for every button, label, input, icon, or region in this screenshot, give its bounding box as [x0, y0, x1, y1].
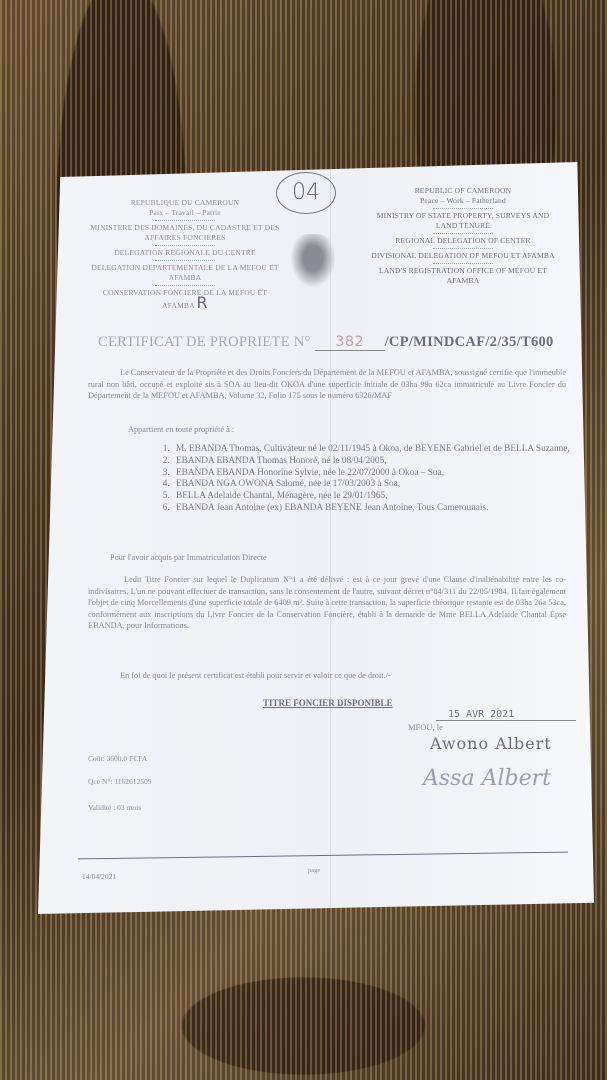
certificate-reference: /CP/MINDCAF/2/35/T600 — [385, 334, 554, 350]
owner-item: EBANDA EBANDA Honorine Sylvie, née le 22… — [172, 468, 572, 480]
regional-en: REGIONAL DELEGATION OF CENTER — [368, 236, 558, 246]
footer-date: 14/04/2021 — [82, 872, 116, 881]
belongs-to-label: Appartient en toute propriété à : — [128, 424, 606, 436]
handwritten-number: 04 — [276, 172, 336, 214]
office-en: LAND'S REGISTRATION OFFICE OF MEFOU ET A… — [368, 266, 558, 286]
coat-of-arms-icon — [290, 234, 336, 288]
owner-item: M. EBANDA Thomas, Cultivateur né le 02/1… — [172, 444, 572, 456]
header-french: REPUBLIQUE DU CAMEROUN Paix – Travail – … — [90, 198, 280, 311]
motto-en: Peace – Work – Fatherland — [368, 196, 558, 206]
receipt-field: Qce N°: 1162612509 — [88, 777, 152, 786]
owner-item: EBANDA Jean Antoine (ex) EBANDA BEYENE J… — [172, 503, 572, 515]
ministry-fr: MINISTERE DES DOMAINES, DU CADASTRE ET D… — [90, 223, 280, 243]
closing-paragraph: En foi de quoi le présent certificat est… — [120, 670, 598, 682]
handwritten-signature: Assa Albert — [423, 766, 551, 791]
title-status: TITRE FONCIER DISPONIBLE — [263, 698, 393, 708]
certificate-document: 04 REPUBLIQUE DU CAMEROUN Paix – Travail… — [38, 162, 594, 914]
owner-item: EBANDA NGA OWONA Salomé, née le 17/03/20… — [172, 479, 572, 491]
owner-item: BELLA Adelaide Chantal, Ménagère, née le… — [172, 491, 572, 503]
stamp-date: 15 AVR 2021 — [436, 709, 576, 721]
country-en: REPUBLIC OF CAMEROON — [368, 186, 558, 196]
footer-divider — [78, 852, 568, 860]
divisional-en: DIVISIONAL DELEGATION OF MEFOU ET AFAMBA — [368, 251, 558, 261]
title-label: CERTIFICAT DE PROPRIETE N° — [98, 334, 311, 350]
cost-field: Coût: 3600.0 FCFA — [88, 754, 147, 763]
footer-page: page — [308, 867, 320, 874]
certificate-number: 382 — [315, 334, 385, 351]
encumbrance-paragraph: Ledit Titre Foncier sur lequel le Duplic… — [88, 574, 566, 632]
ministry-en: MINISTRY OF STATE PROPERTY, SURVEYS AND … — [368, 211, 558, 231]
owner-item: EBANDA EBANDA Thomas Honoré, né le 08/04… — [172, 456, 572, 468]
validity-field: Validité : 03 mois — [88, 803, 141, 812]
signature-stamp: Awono Albert — [430, 734, 552, 753]
owners-list: M. EBANDA Thomas, Cultivateur né le 02/1… — [158, 444, 572, 515]
country-fr: REPUBLIQUE DU CAMEROUN — [90, 198, 280, 208]
certificate-title: CERTIFICAT DE PROPRIETE N° 382/CP/MINDCA… — [98, 334, 554, 351]
motto-fr: Paix – Travail – Patrie — [90, 208, 280, 218]
handwritten-initial: R — [197, 293, 208, 312]
divisional-fr: DELEGATION DEPARTEMENTALE DE LA MEFOU ET… — [90, 263, 280, 283]
header-english: REPUBLIC OF CAMEROON Peace – Work – Fath… — [368, 186, 558, 286]
intro-paragraph: Le Conservateur de la Propriété et des D… — [88, 367, 566, 402]
acquisition-paragraph: Pour l'avoir acquis par Immatriculation … — [110, 552, 588, 564]
place-label: MFOU, le — [408, 722, 443, 732]
office-fr: CONSERVATION FONCIERE DE LA MEFOU ET AFA… — [90, 288, 280, 311]
regional-fr: DELEGATION REGIONALE DU CENTRE — [90, 248, 280, 258]
